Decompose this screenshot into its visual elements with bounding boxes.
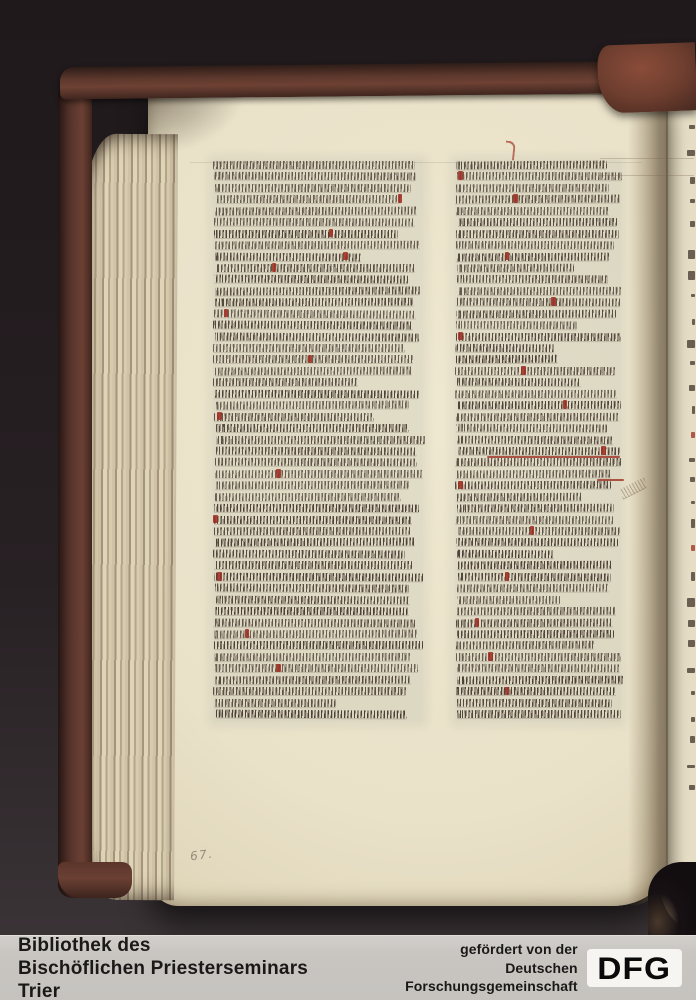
- library-name-line2: Bischöflichen Priesterseminars Trier: [18, 957, 340, 1000]
- script-line: [216, 595, 410, 604]
- script-line: [213, 344, 405, 352]
- script-line: [215, 286, 420, 296]
- dfg-logo: DFG: [587, 949, 682, 987]
- script-line: [215, 264, 414, 272]
- rubric-initial: [505, 687, 510, 696]
- dfg-logo-text: DFG: [597, 952, 671, 984]
- script-line: [214, 653, 410, 662]
- script-line: [458, 287, 621, 296]
- rubric-initial: [505, 572, 510, 581]
- script-line: [456, 710, 620, 718]
- script-line: [214, 527, 410, 536]
- script-line: [457, 172, 622, 181]
- script-line: [456, 252, 609, 261]
- rubric-initial: [505, 252, 510, 261]
- script-line: [455, 458, 621, 466]
- script-line: [214, 389, 419, 398]
- script-line: [455, 195, 620, 204]
- script-line: [457, 675, 623, 684]
- script-line: [457, 435, 613, 444]
- script-line: [215, 607, 409, 615]
- rubric-initial: [217, 412, 222, 421]
- script-line: [456, 492, 582, 501]
- script-line: [457, 664, 620, 673]
- rubric-initial: [329, 229, 334, 238]
- rubric-initial: [217, 572, 222, 581]
- script-line: [215, 184, 411, 192]
- script-line: [457, 447, 619, 456]
- manuscript-column-1: [213, 160, 423, 722]
- marginal-annotation: [620, 477, 647, 500]
- funding-credit: gefördert von der Deutschen Forschungsge…: [340, 940, 682, 996]
- ruling-line: [600, 158, 694, 159]
- script-line: [214, 275, 408, 284]
- script-line: [214, 504, 419, 512]
- script-line: [456, 424, 607, 433]
- script-line: [455, 390, 617, 399]
- script-line: [456, 321, 578, 330]
- script-line: [216, 424, 409, 432]
- script-line: [457, 561, 612, 570]
- script-line: [457, 698, 613, 707]
- rubric-underline: [597, 479, 624, 481]
- script-line: [214, 230, 398, 238]
- script-line: [215, 206, 417, 215]
- script-line: [458, 572, 611, 581]
- script-line: [214, 698, 336, 706]
- script-line: [455, 515, 613, 523]
- rubric-initial: [276, 469, 281, 478]
- script-line: [456, 298, 620, 307]
- script-line: [214, 641, 423, 649]
- script-line: [214, 309, 416, 319]
- funding-text-line2: Deutschen Forschungsgemeinschaft: [340, 959, 577, 996]
- script-line: [213, 549, 405, 558]
- script-line: [456, 504, 613, 513]
- script-line: [213, 378, 358, 386]
- script-line: [456, 538, 618, 547]
- script-line: [458, 401, 621, 410]
- script-line: [457, 550, 554, 559]
- script-line: [215, 675, 411, 684]
- script-line: [457, 607, 616, 616]
- rubric-initial: [272, 263, 277, 272]
- ruling-line: [598, 175, 694, 176]
- script-line: [213, 687, 406, 695]
- ruling-line: [190, 162, 642, 163]
- script-line: [215, 538, 415, 547]
- script-line: [458, 218, 617, 227]
- funding-text-line1: gefördert von der: [340, 940, 577, 959]
- rubric-initial: [563, 400, 568, 409]
- script-line: [214, 515, 412, 523]
- script-line: [216, 401, 409, 410]
- script-line: [215, 332, 419, 341]
- script-line: [456, 241, 614, 250]
- rubric-initial: [521, 366, 526, 375]
- script-line: [456, 230, 619, 238]
- rubric-initial: [601, 446, 606, 455]
- rubric-underline: [487, 456, 620, 458]
- script-line: [215, 298, 414, 307]
- script-line: [456, 412, 619, 421]
- script-line: [455, 653, 620, 661]
- funding-text: gefördert von der Deutschen Forschungsge…: [340, 940, 577, 996]
- script-line: [213, 321, 413, 330]
- script-line: [458, 527, 620, 536]
- rubric-initial: [224, 309, 229, 318]
- script-line: [214, 561, 412, 569]
- script-line: [215, 664, 418, 672]
- rubric-initial: [276, 664, 281, 673]
- script-line: [215, 458, 417, 467]
- script-line: [457, 264, 575, 273]
- script-line: [215, 366, 412, 375]
- script-line: [215, 710, 406, 719]
- script-line: [456, 207, 609, 215]
- script-line: [216, 446, 417, 455]
- script-line: [215, 493, 401, 501]
- script-line: [213, 618, 415, 627]
- script-line: [213, 355, 413, 363]
- script-line: [456, 687, 616, 695]
- rubric-initial: [458, 332, 463, 341]
- script-line: [456, 618, 613, 627]
- script-line: [457, 378, 581, 387]
- rubric-initial: [343, 252, 348, 261]
- script-line: [456, 469, 611, 478]
- script-line: [456, 309, 616, 318]
- script-line: [216, 195, 401, 203]
- library-name-line1: Bibliothek des: [18, 934, 340, 957]
- rubric-initial: [213, 515, 218, 524]
- script-line: [455, 481, 611, 490]
- rubric-initial: [398, 194, 403, 203]
- script-line: [455, 344, 554, 353]
- script-line: [215, 241, 420, 250]
- rubric-paragraph-mark: [504, 141, 516, 161]
- script-line: [215, 584, 409, 593]
- library-name: Bibliothek des Bischöflichen Priestersem…: [18, 934, 340, 1000]
- pencil-folio-number: 67.: [189, 847, 214, 864]
- script-line: [214, 218, 415, 227]
- rubric-initial: [513, 194, 518, 203]
- script-line: [457, 584, 610, 593]
- script-line: [456, 184, 609, 193]
- script-line: [457, 630, 614, 639]
- script-line: [457, 275, 608, 284]
- script-line: [214, 572, 423, 581]
- script-line: [214, 413, 374, 421]
- script-line: [214, 172, 416, 181]
- script-line: [215, 470, 423, 479]
- manuscript-column-2: [455, 160, 621, 722]
- rubric-initial: [551, 297, 556, 306]
- caption-bar: Bibliothek des Bischöflichen Priestersem…: [0, 935, 696, 1000]
- script-line: [215, 481, 409, 490]
- script-line: [457, 595, 560, 603]
- rubric-initial: [245, 629, 250, 638]
- rubric-initial: [475, 618, 480, 627]
- script-line: [455, 641, 594, 650]
- rubric-initial: [308, 355, 313, 364]
- rubric-initial: [458, 481, 463, 490]
- digitized-manuscript-photo: 67. Bibliothek des Bischöflichen Prieste…: [0, 0, 696, 1000]
- script-line: [216, 435, 425, 443]
- rubric-initial: [530, 526, 535, 535]
- script-line: [455, 367, 615, 375]
- rubric-initial: [488, 652, 493, 661]
- manuscript-text-layer: [0, 0, 696, 1000]
- script-line: [456, 355, 558, 364]
- script-line: [215, 252, 361, 261]
- rubric-initial: [458, 171, 463, 180]
- script-line: [456, 332, 621, 340]
